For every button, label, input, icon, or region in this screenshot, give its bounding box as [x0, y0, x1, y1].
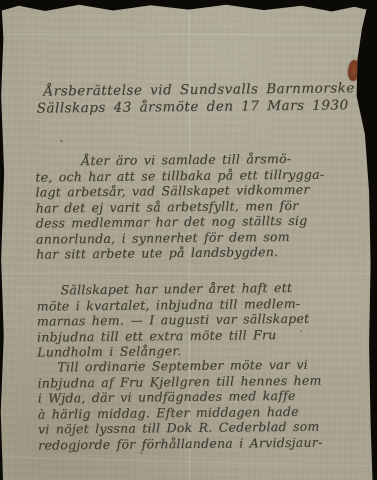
paragraph-3: Till ordinarie September möte var vi inb…: [37, 356, 372, 452]
text-line: redogjorde för förhållandena i Arvidsjau…: [38, 434, 372, 453]
text-line: har sitt arbete ute på landsbygden.: [36, 243, 370, 262]
handwritten-text: Årsberättelse vid Sundsvalls Barnmorske …: [0, 0, 377, 480]
paper-page: Årsberättelse vid Sundsvalls Barnmorske …: [0, 0, 377, 480]
document-scan: Årsberättelse vid Sundsvalls Barnmorske …: [0, 0, 377, 480]
document-heading: Årsberättelse vid Sundsvalls Barnmorske …: [36, 80, 366, 117]
heading-line: Sällskaps 43 årsmöte den 17 Mars 1930: [37, 97, 367, 117]
paragraph-2: Sällskapet har under året haft ett möte …: [36, 279, 371, 360]
paragraph-1: Åter äro vi samlade till årsmö- te, och …: [35, 150, 370, 262]
